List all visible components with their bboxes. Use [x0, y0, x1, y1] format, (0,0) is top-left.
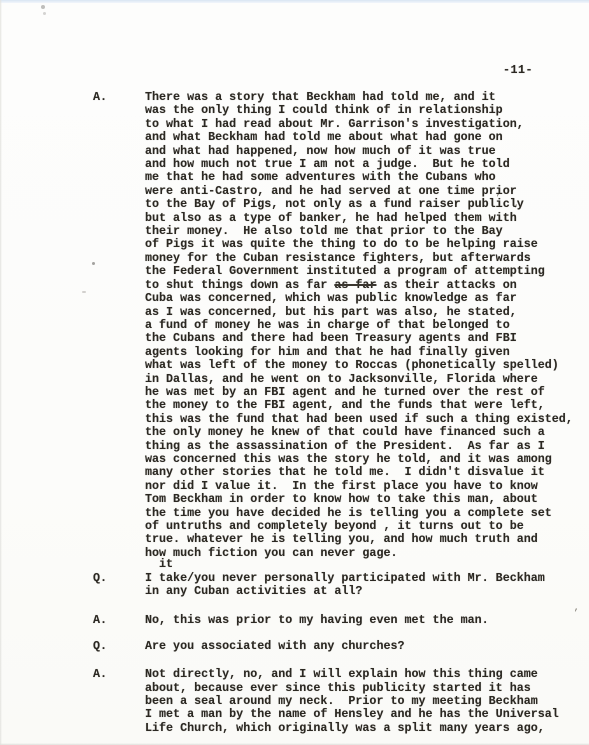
answer-block: A. No, this was prior to my having even … — [93, 614, 589, 627]
page-number: -11- — [503, 63, 533, 77]
speaker-label-a: A. — [93, 614, 145, 627]
answer-text: No, this was prior to my having even met… — [145, 614, 489, 627]
transcript-body: A. There was a story that Beckham had to… — [0, 91, 589, 735]
scan-speck — [43, 12, 46, 15]
question-block: Q. it I take/you never personally partic… — [93, 558, 589, 598]
question-text: it I take/you never personally participa… — [145, 558, 545, 598]
answer-segment: as their attacks on Cuba was concerned, … — [145, 278, 573, 560]
question-block: Q. Are you associated with any churches? — [93, 640, 589, 653]
speaker-label-a: A. — [93, 668, 145, 681]
scan-speck — [41, 5, 45, 9]
answer-block: A. There was a story that Beckham had to… — [93, 91, 589, 560]
struck-out-text: as far — [334, 278, 376, 292]
answer-segment: There was a story that Beckham had told … — [145, 90, 545, 292]
speaker-label-q: Q. — [93, 558, 145, 585]
speaker-label-a: A. — [93, 91, 145, 104]
answer-text: Not directly, no, and I will explain how… — [145, 668, 559, 735]
answer-text: There was a story that Beckham had told … — [145, 91, 573, 560]
answer-block: A. Not directly, no, and I will explain … — [93, 668, 589, 735]
document-page: ’ ’ ’ -11- A. There was a story that Bec… — [0, 0, 589, 745]
speaker-label-q: Q. — [93, 640, 145, 653]
scan-edge-artifact — [0, 0, 589, 3]
question-text: Are you associated with any churches? — [145, 640, 405, 653]
